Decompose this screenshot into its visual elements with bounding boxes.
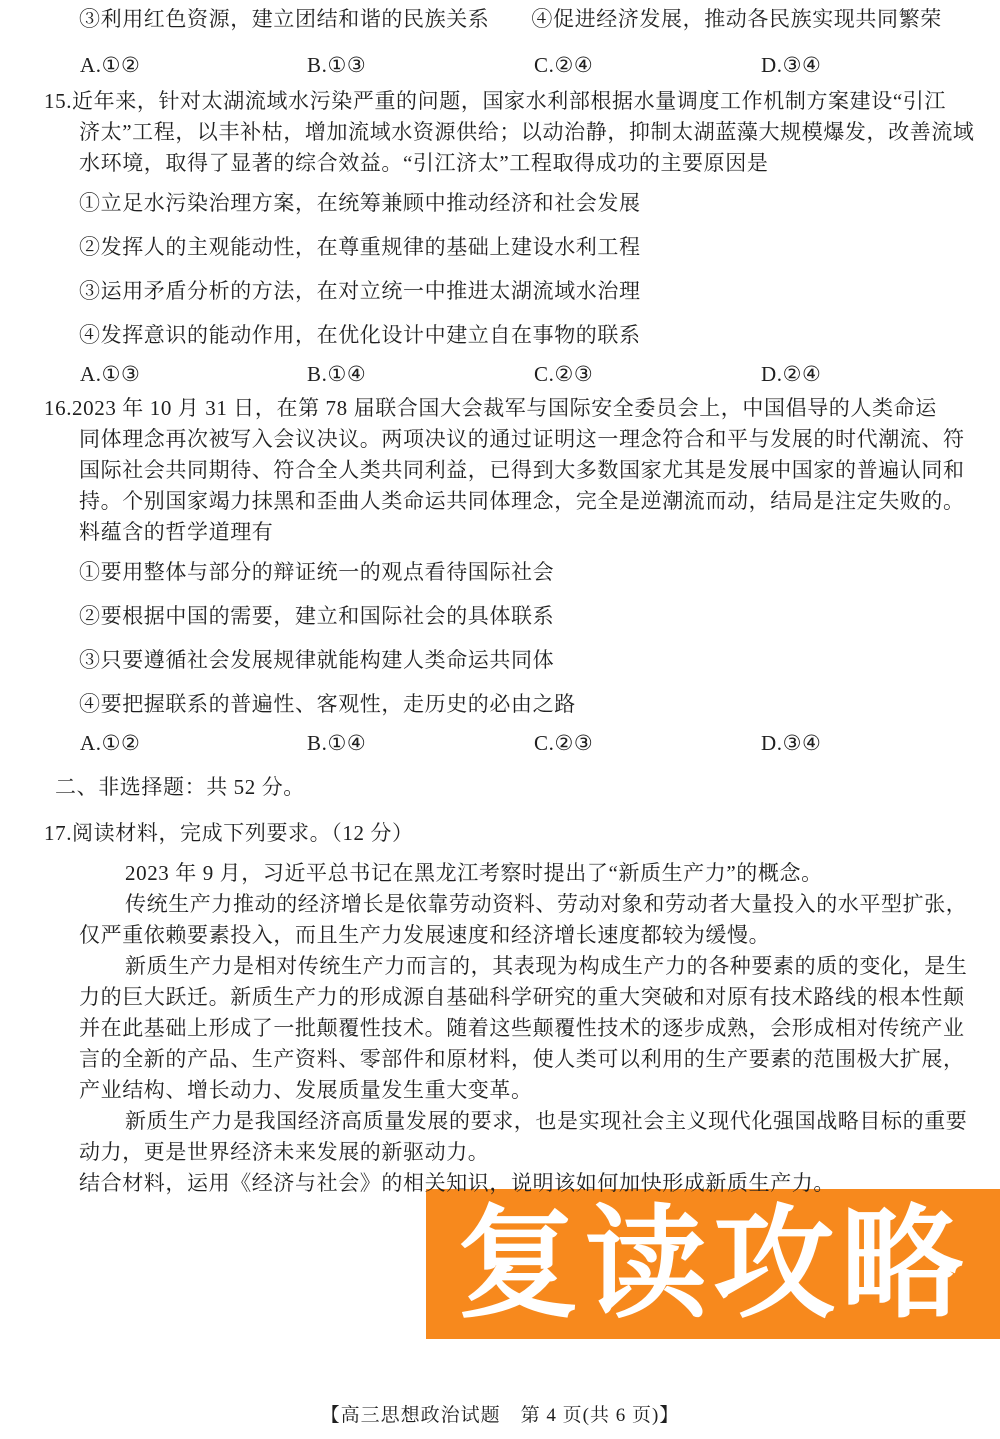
q14-answer-c: C.②④: [534, 50, 761, 80]
promo-banner: 复读攻略: [426, 1189, 1000, 1339]
q16-option-4: ④要把握联系的普遍性、客观性，走历史的必由之路: [0, 682, 1000, 726]
q17-material-line: 仅严重依赖要素投入，而且生产力发展速度和经济增长速度都较为缓慢。: [0, 920, 1000, 951]
q16-option-3: ③只要遵循社会发展规律就能构建人类命运共同体: [0, 638, 1000, 682]
q15-answer-row: A.①③ B.①④ C.②③ D.②④: [0, 359, 1000, 389]
q15-option-list: ①立足水污染治理方案，在统筹兼顾中推动经济和社会发展 ②发挥人的主观能动性，在尊…: [0, 181, 1000, 357]
q15-stem-line-2: 济太”工程，以丰补枯，增加流域水资源供给；以动治静，抑制太湖蓝藻大规模爆发，改善…: [0, 117, 1000, 148]
q16-option-1: ①要用整体与部分的辩证统一的观点看待国际社会: [0, 550, 1000, 594]
exam-page: ③利用红色资源，建立团结和谐的民族关系④促进经济发展，推动各民族实现共同繁荣 A…: [0, 0, 1000, 1439]
q14-answer-b: B.①③: [307, 50, 534, 80]
q17-material-line: 并在此基础上形成了一批颠覆性技术。随着这些颠覆性技术的逐步成熟，会形成相对传统产…: [0, 1013, 1000, 1044]
q15-answer-a: A.①③: [80, 359, 307, 389]
q15-option-2: ②发挥人的主观能动性，在尊重规律的基础上建设水利工程: [0, 225, 1000, 269]
q17-material-line: 新质生产力是相对传统生产力而言的，其表现为构成生产力的各种要素的质的变化，是生: [0, 951, 1000, 982]
q16-answer-d: D.③④: [761, 728, 988, 758]
q16-answer-b: B.①④: [307, 728, 534, 758]
q14-option-4: ④促进经济发展，推动各民族实现共同繁荣: [531, 7, 941, 31]
q17-material-line: 传统生产力推动的经济增长是依靠劳动资料、劳动对象和劳动者大量投入的水平型扩张，: [0, 889, 1000, 920]
q16-stem-line-2: 同体理念再次被写入会议决议。两项决议的通过证明这一理念符合和平与发展的时代潮流、…: [0, 424, 1000, 455]
q17-material-line: 言的全新的产品、生产资料、零部件和原材料，使人类可以利用的生产要素的范围极大扩展…: [0, 1044, 1000, 1075]
q16-option-list: ①要用整体与部分的辩证统一的观点看待国际社会 ②要根据中国的需要，建立和国际社会…: [0, 550, 1000, 726]
q16-answer-c: C.②③: [534, 728, 761, 758]
q15-answer-d: D.②④: [761, 359, 988, 389]
q16-stem: 16.2023 年 10 月 31 日，在第 78 届联合国大会裁军与国际安全委…: [0, 393, 1000, 548]
q17-material-line: 力的巨大跃迁。新质生产力的形成源自基础科学研究的重大突破和对原有技术路线的根本性…: [0, 982, 1000, 1013]
q16-stem-line-1: 16.2023 年 10 月 31 日，在第 78 届联合国大会裁军与国际安全委…: [0, 393, 1000, 424]
q16-stem-line-5: 料蕴含的哲学道理有: [0, 517, 1000, 548]
q16-option-2: ②要根据中国的需要，建立和国际社会的具体联系: [0, 594, 1000, 638]
q16-answer-a: A.①②: [80, 728, 307, 758]
q15-option-1: ①立足水污染治理方案，在统筹兼顾中推动经济和社会发展: [0, 181, 1000, 225]
q14-answer-a: A.①②: [80, 50, 307, 80]
q14-option-3: ③利用红色资源，建立团结和谐的民族关系: [79, 7, 489, 31]
section2-heading: 二、非选择题：共 52 分。: [0, 772, 1000, 802]
q14-answer-row: A.①② B.①③ C.②④ D.③④: [0, 50, 1000, 80]
q15-answer-c: C.②③: [534, 359, 761, 389]
q16-answer-row: A.①② B.①④ C.②③ D.③④: [0, 728, 1000, 758]
q14-option-pair-row: ③利用红色资源，建立团结和谐的民族关系④促进经济发展，推动各民族实现共同繁荣: [0, 4, 1000, 34]
q15-option-3: ③运用矛盾分析的方法，在对立统一中推进太湖流域水治理: [0, 269, 1000, 313]
q17-material-line: 产业结构、增长动力、发展质量发生重大变革。: [0, 1075, 1000, 1106]
q17-material-line: 动力，更是世界经济未来发展的新驱动力。: [0, 1137, 1000, 1168]
q14-answer-d: D.③④: [761, 50, 988, 80]
q17-intro: 17.阅读材料，完成下列要求。（12 分）: [0, 818, 1000, 848]
q17-material-line: 新质生产力是我国经济高质量发展的要求，也是实现社会主义现代化强国战略目标的重要: [0, 1106, 1000, 1137]
promo-banner-label: 复读攻略: [457, 1203, 969, 1325]
q15-stem: 15.近年来，针对太湖流域水污染严重的问题，国家水利部根据水量调度工作机制方案建…: [0, 86, 1000, 179]
q16-stem-line-3: 国际社会共同期待、符合全人类共同利益，已得到大多数国家尤其是发展中国家的普遍认同…: [0, 455, 1000, 486]
q15-stem-line-1: 15.近年来，针对太湖流域水污染严重的问题，国家水利部根据水量调度工作机制方案建…: [0, 86, 1000, 117]
q15-stem-line-3: 水环境，取得了显著的综合效益。“引江济太”工程取得成功的主要原因是: [0, 148, 1000, 179]
q16-stem-line-4: 持。个别国家竭力抹黑和歪曲人类命运共同体理念，完全是逆潮流而动，结局是注定失败的…: [0, 486, 1000, 517]
page-footer: 【高三思想政治试题 第 4 页(共 6 页)】: [0, 1400, 1000, 1427]
q15-option-4: ④发挥意识的能动作用，在优化设计中建立自在事物的联系: [0, 313, 1000, 357]
q17-materials: 2023 年 9 月，习近平总书记在黑龙江考察时提出了“新质生产力”的概念。 传…: [0, 858, 1000, 1199]
q17-material-line: 2023 年 9 月，习近平总书记在黑龙江考察时提出了“新质生产力”的概念。: [0, 858, 1000, 889]
q15-answer-b: B.①④: [307, 359, 534, 389]
